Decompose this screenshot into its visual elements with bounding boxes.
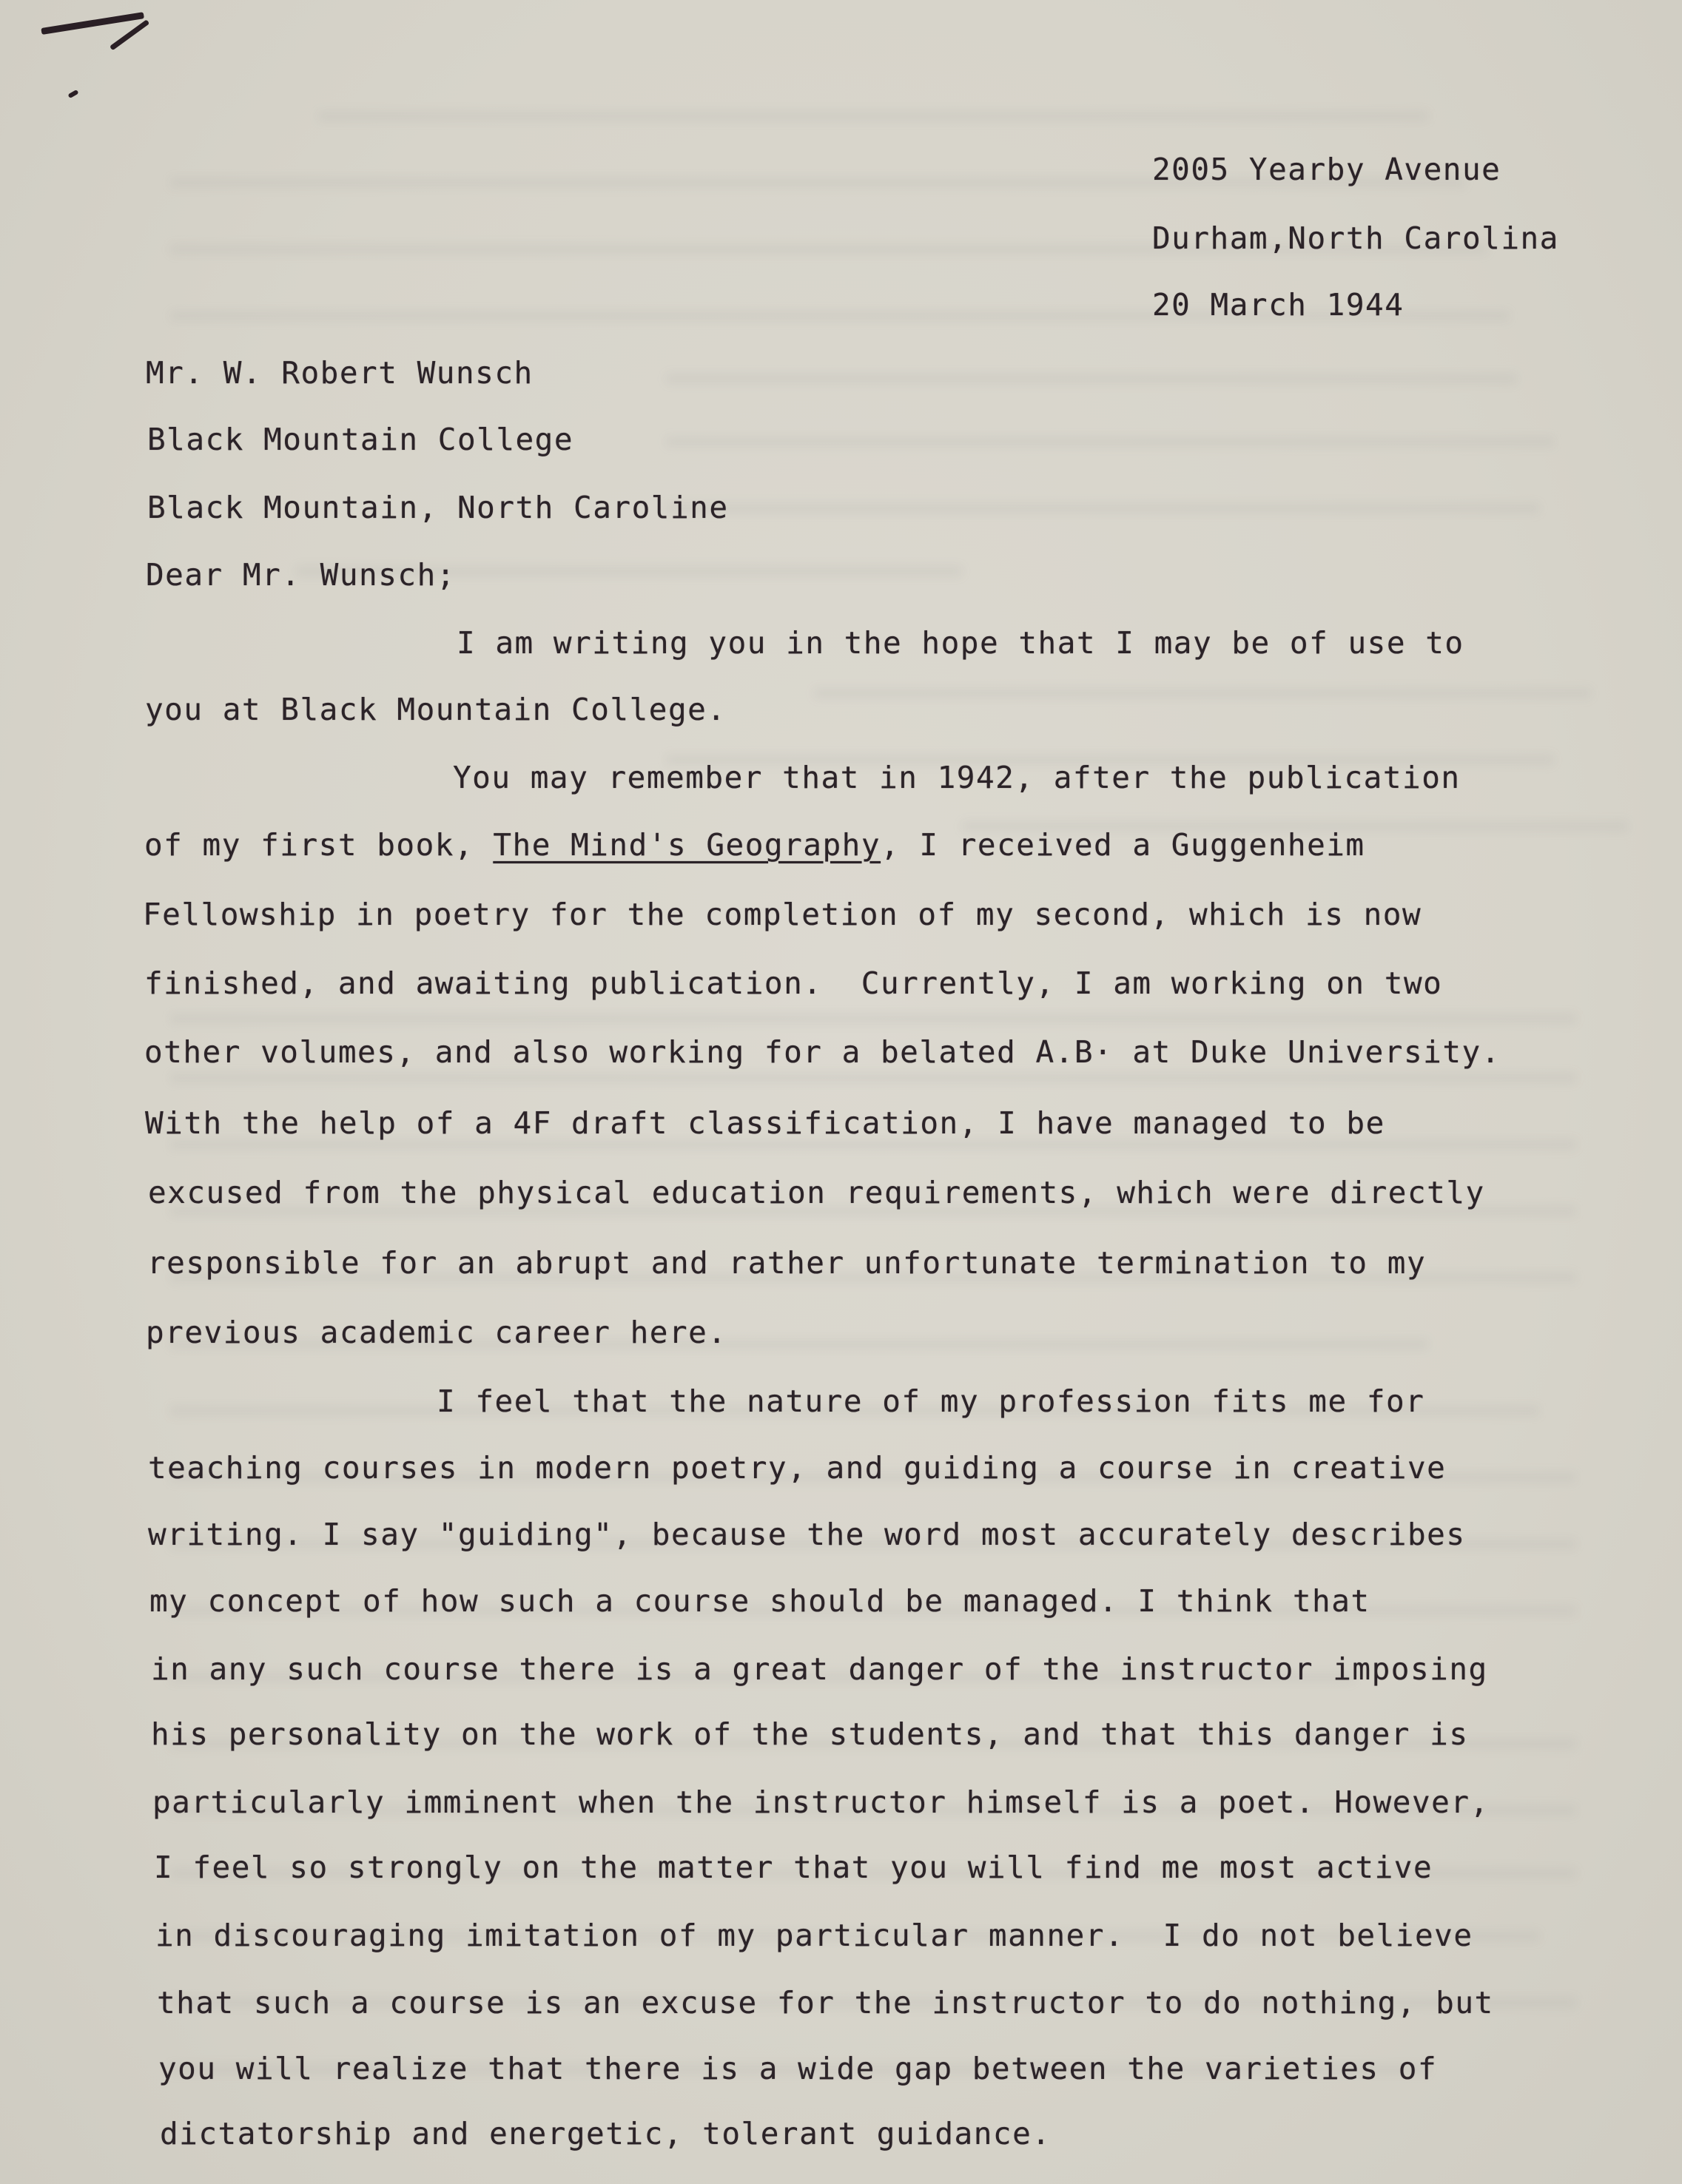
- text-line: excused from the physical education requ…: [148, 1175, 1485, 1210]
- text-line: previous academic career here.: [146, 1315, 727, 1350]
- text-line: you at Black Mountain College.: [145, 692, 727, 727]
- text-line: dictatorship and energetic, tolerant gui…: [160, 2116, 1051, 2151]
- text-line: that such a course is an excuse for the …: [157, 1985, 1494, 2020]
- text-line: other volumes, and also working for a be…: [144, 1034, 1501, 1070]
- sender-street: 2005 Yearby Avenue: [1152, 152, 1501, 187]
- text-line: I am writing you in the hope that I may …: [457, 625, 1464, 661]
- recipient-location: Black Mountain, North Caroline: [147, 490, 729, 525]
- text-line: Fellowship in poetry for the completion …: [143, 897, 1422, 932]
- text-line: I feel that the nature of my profession …: [437, 1383, 1424, 1419]
- text-line: my concept of how such a course should b…: [149, 1583, 1370, 1619]
- text-line: you will realize that there is a wide ga…: [158, 2051, 1437, 2086]
- letter-date: 20 March 1944: [1152, 287, 1404, 323]
- recipient-name: Mr. W. Robert Wunsch: [146, 355, 534, 391]
- text-line: You may remember that in 1942, after the…: [453, 760, 1461, 795]
- text-line: With the help of a 4F draft classificati…: [145, 1105, 1385, 1141]
- text-line: in any such course there is a great dang…: [151, 1651, 1488, 1687]
- text-line: I feel so strongly on the matter that yo…: [154, 1850, 1433, 1885]
- text-line: his personality on the work of the stude…: [151, 1716, 1469, 1752]
- text-segment: , I received a Guggenheim: [881, 827, 1365, 863]
- recipient-institution: Black Mountain College: [147, 422, 573, 457]
- sender-city-state: Durham,North Carolina: [1152, 220, 1559, 256]
- text-line: particularly imminent when the instructo…: [152, 1784, 1490, 1820]
- book-title: The Mind's Geography: [493, 827, 881, 863]
- letter: 2005 Yearby Avenue Durham,North Carolina…: [0, 0, 1682, 2184]
- text-line: in discouraging imitation of my particul…: [155, 1918, 1473, 1953]
- text-line: writing. I say "guiding", because the wo…: [148, 1517, 1466, 1552]
- text-line: responsible for an abrupt and rather unf…: [147, 1245, 1426, 1281]
- text-line: of my first book, The Mind's Geography, …: [144, 827, 1365, 863]
- salutation: Dear Mr. Wunsch;: [146, 557, 456, 593]
- text-segment: of my first book,: [144, 827, 493, 863]
- text-line: teaching courses in modern poetry, and g…: [148, 1450, 1446, 1486]
- text-line: finished, and awaiting publication. Curr…: [144, 965, 1442, 1001]
